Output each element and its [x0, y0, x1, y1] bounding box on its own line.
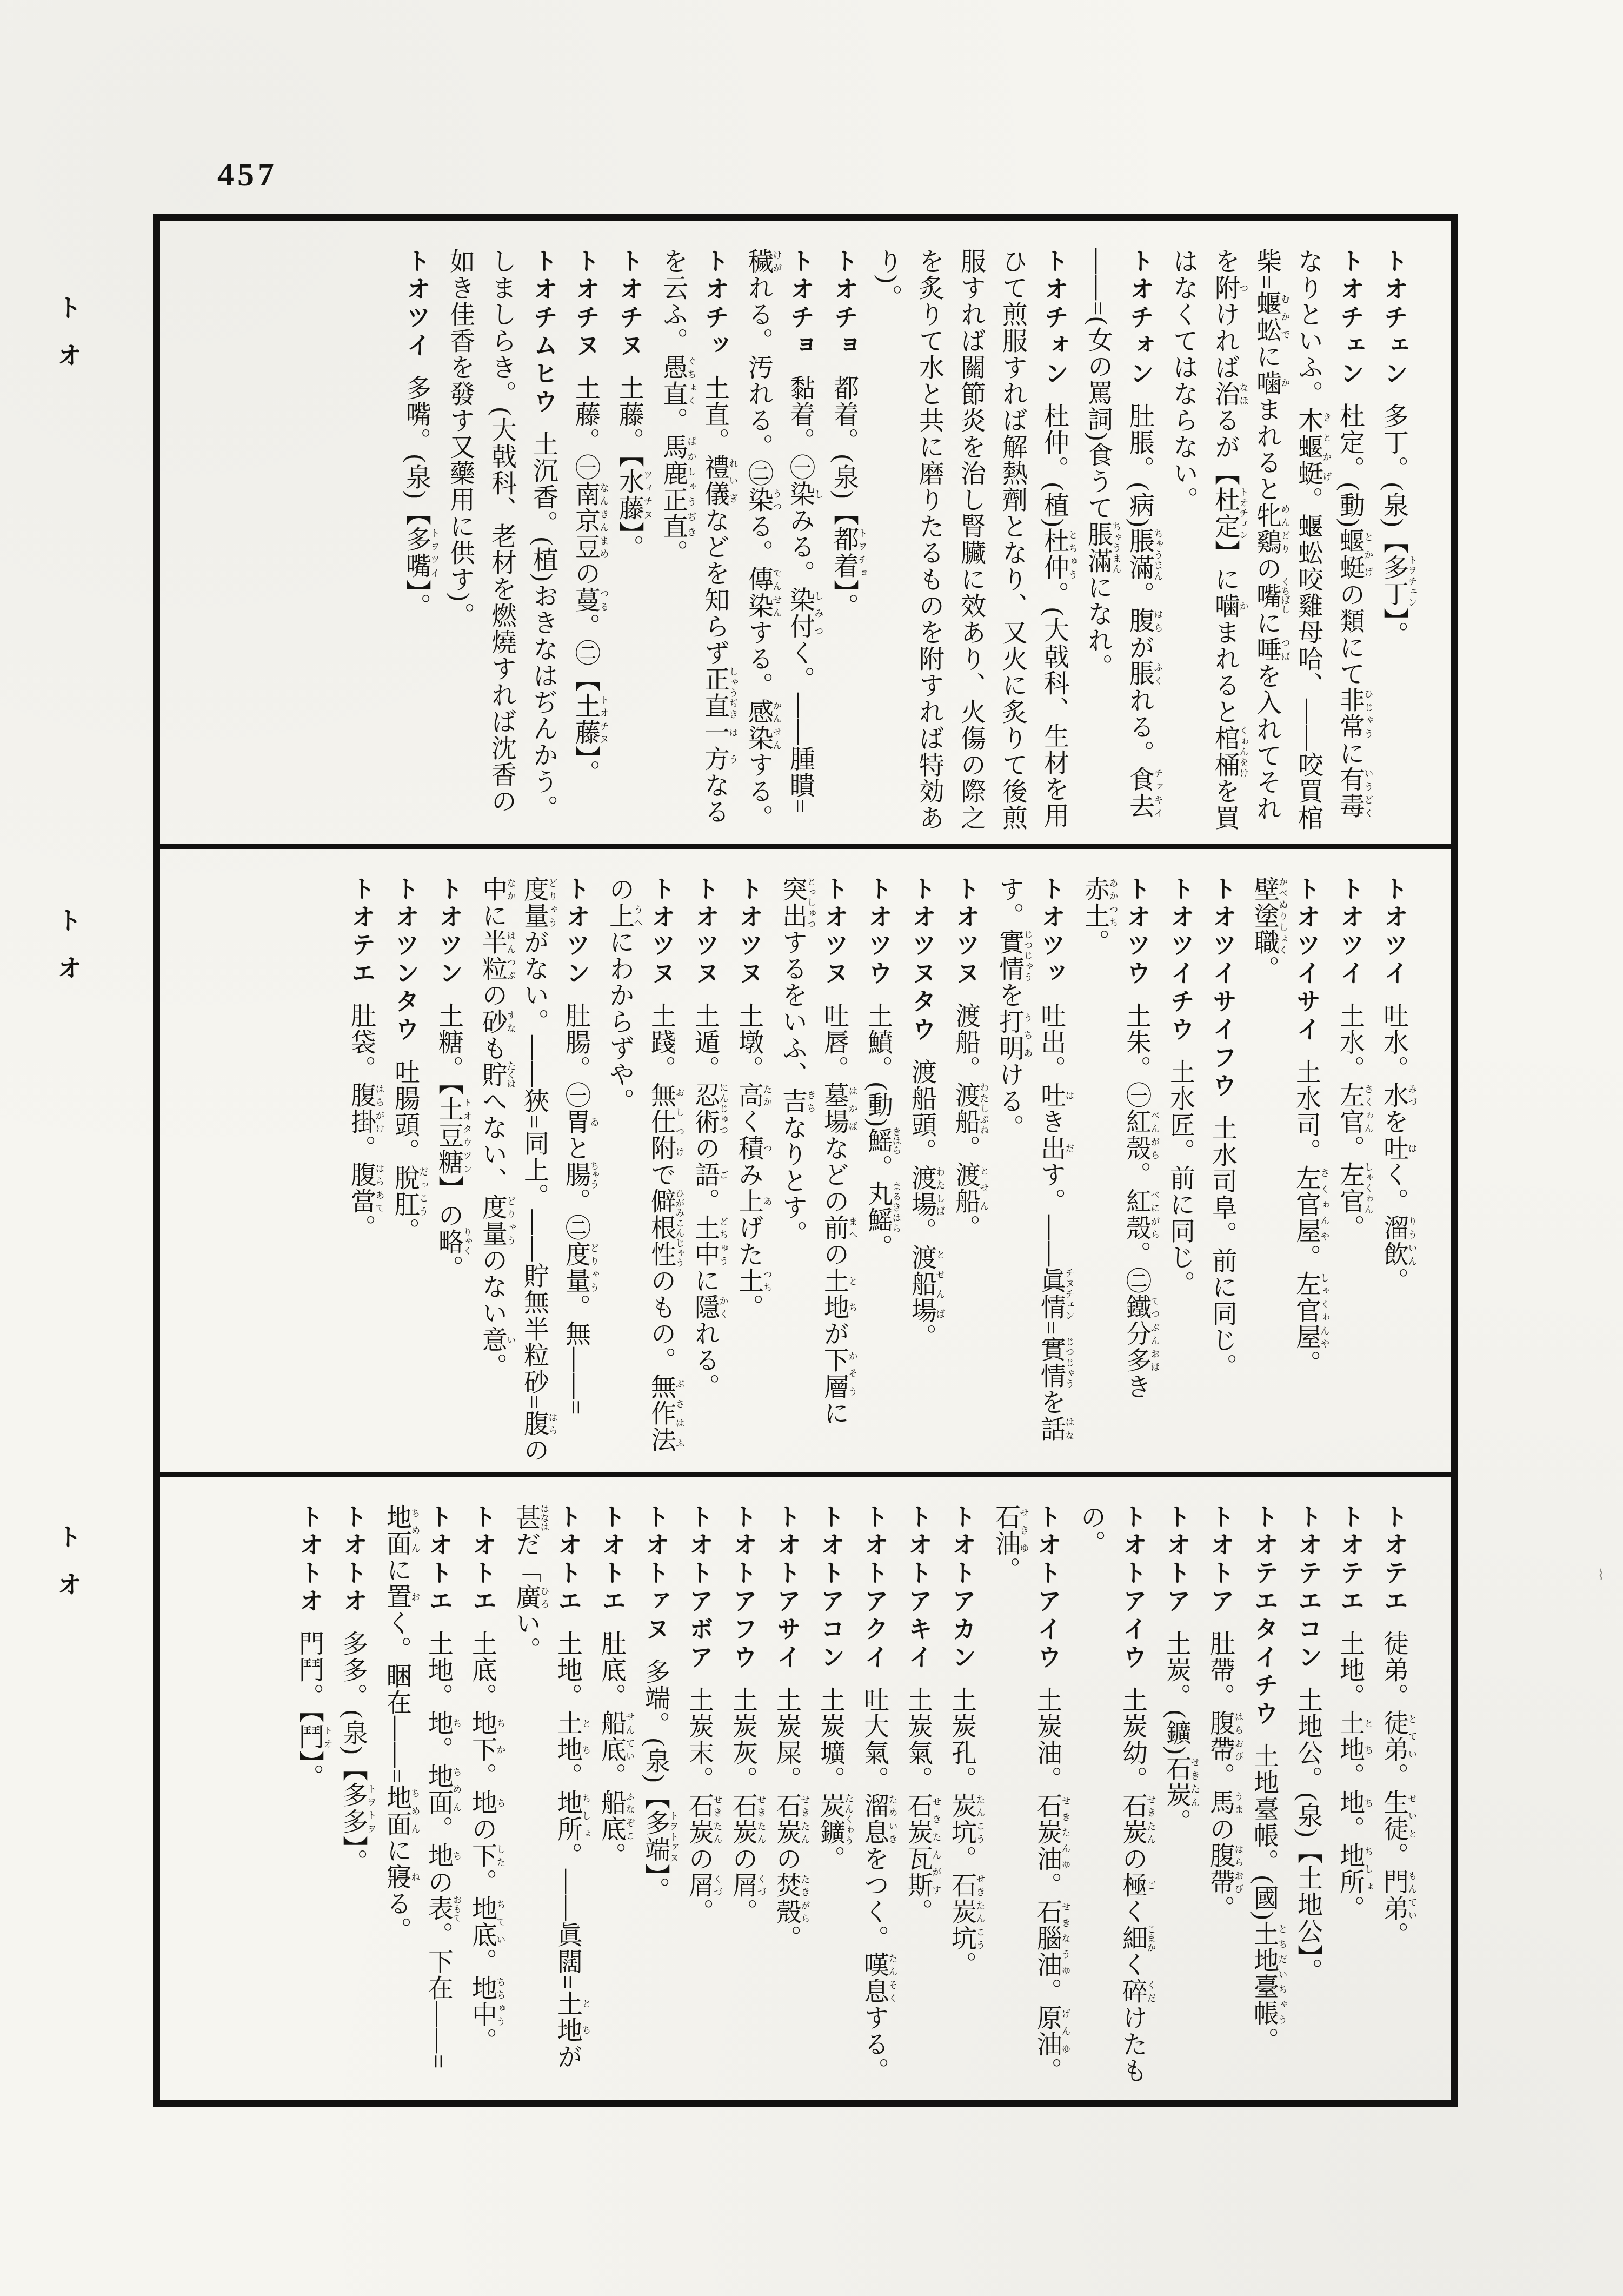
dictionary-entry: トオトオ多多。(泉)【多多トヲトヲ】。: [332, 1504, 376, 2092]
entry-headword: トオツイサイフウ: [1209, 876, 1236, 1101]
rule-divider: [160, 844, 1451, 849]
entry-headword: トオトアサイ: [773, 1504, 801, 1673]
dictionary-entry: トオツヌ土遁。忍術にんじゅつの語ご。土中どちゅうに隱かくれる。: [684, 876, 728, 1464]
entry-headword: トオトオ: [296, 1504, 323, 1616]
entry-headword: トオトアイウ: [1034, 1504, 1061, 1673]
dictionary-entry: トオトアサイ土炭屎。石炭せきたんの焚殼たきがら。: [766, 1504, 809, 2092]
entry-headword: トオトアコン: [817, 1504, 844, 1673]
dictionary-entry: トオトアイウ土炭油。石炭油せきたんゆ。石腦油せきなうゆ。原油げんゆ。石油せきゆ。: [985, 1504, 1070, 2092]
dictionary-entry: トオツンタウ吐腸頭。脫肛だっこう。: [384, 876, 428, 1464]
rule-divider: [160, 1472, 1451, 1477]
dictionary-entry: トオトア土炭。(鑛)石炭せきたん。: [1155, 1504, 1199, 2092]
entry-headword: トオチォン: [1126, 248, 1154, 389]
dictionary-entry: トオツヌタウ渡船頭。渡場わたしば。渡船場とせんば。: [901, 876, 944, 1464]
entry-headword: トオチェン: [1380, 248, 1408, 389]
entry-headword: トオチェン: [1336, 248, 1364, 389]
entry-body: 土遁。忍術にんじゅつの語ご。土中どちゅうに隱かくれる。: [691, 1003, 719, 1400]
entry-headword: トオテエタイチウ: [1250, 1504, 1278, 1729]
entry-headword: トオトアカン: [948, 1504, 976, 1673]
entry-headword: トオチッ: [701, 248, 729, 361]
dictionary-entry: トオチッ土直。禮儀れいぎなどを知らず正直しゃうぢき一方はうなるを云ふ。愚直ぐちょ…: [652, 248, 737, 837]
entry-headword: トオテエコン: [1294, 1504, 1322, 1673]
entry-body: 土炭孔。炭坑たんこう。石炭坑せきたんこう。: [948, 1687, 976, 1978]
entry-headword: トオトエ: [425, 1504, 453, 1616]
entry-headword: トオツン: [435, 876, 463, 988]
dictionary-entry: トオツヌ土踐。無仕附おしつけで僻根性ひがみこんじゃうのもの。無作法ぶさはふの上う…: [598, 876, 684, 1464]
page-number: 457: [217, 156, 277, 194]
entry-headword: トオツンタウ: [391, 876, 419, 1045]
dictionary-entry: トオトアボア土炭末。石炭せきたんの屑くづ。: [678, 1504, 722, 2092]
dictionary-entry: トオツイ多嘴。(泉)【多嘴トヲツイ】。: [395, 248, 439, 837]
entry-body: 多多。(泉)【多多トヲトヲ】。: [339, 1630, 367, 1875]
dictionary-entry: トオツイチウ土水匠。前に同じ。: [1159, 876, 1201, 1464]
dictionary-entry: トオトァヌ多端。(泉)【多端トヲトァヌ】。: [634, 1504, 678, 2092]
dictionary-entry: トオツン肚腸。㊀胃ゐと腸ちゃう。㊁度量どりゃう。無――=度量どりゃうがない。――…: [471, 876, 598, 1464]
margin-kana-label: トオ: [46, 295, 85, 390]
entry-body: 土炭。(鑛)石炭せきたん。: [1162, 1630, 1190, 1835]
entry-headword: トオチョ: [830, 248, 858, 361]
dictionary-entry: トオテエ土地。土地とち。地ち。地所ちしょ。: [1329, 1504, 1373, 2092]
entry-headword: トオツイ: [1336, 876, 1364, 988]
dictionary-entry: トオチェン杜定。(動)蝘蜓とかげの類にて非常ひじゃうに有毒いうどくなりといふ。木…: [1162, 248, 1373, 837]
dictionary-entry: トオチョ黏着。㊀染しみる。染付しみつく。――腫瞶=穢けがれる。汚れる。㊁染うつる…: [737, 248, 823, 837]
entry-headword: トオツイサイ: [1293, 876, 1320, 1045]
entry-body: 土炭氣。石炭瓦斯せきたんがす。: [904, 1687, 932, 1925]
entry-body: 門鬥。【鬥トオ】。: [295, 1630, 323, 1790]
entry-headword: トオトア: [1163, 1504, 1190, 1616]
dictionary-entry: トオトエ肚底。船底せんてい。船底ふなぞこ。: [590, 1504, 634, 2092]
entry-body: 土墩。高たかく積つみ上あげた土つち。: [735, 1003, 763, 1320]
dictionary-entry: トオテエタイチウ土地臺帳。(國)土地臺帳とちだいちゃう。: [1243, 1504, 1287, 2092]
dictionary-entry: トオツイサイ土水司。左官屋さくゎんや。左官屋しゃくゎんや。壁塗職かべぬりしょく。: [1243, 876, 1329, 1464]
dictionary-entry: トオトアフウ土炭灰。石炭せきたんの屑くづ。: [722, 1504, 766, 2092]
dictionary-entry: トオテエ肚袋。腹掛はらがけ。腹當はらあて。: [340, 876, 384, 1464]
entry-headword: トオツイ: [1380, 876, 1408, 988]
scanned-dictionary-page: 457 トオ トオ トオ トオチェン多丁。(泉)【多丁トヲチェン】。トオチェン杜…: [0, 0, 1623, 2296]
entry-headword: トオチョ: [787, 248, 814, 361]
dictionary-entry: トオツイサイフウ土水司阜。前に同じ。: [1201, 876, 1243, 1464]
dictionary-entry: トオテエ徒弟。徒弟とてい。生徒せいと。門弟もんてい。: [1373, 1504, 1416, 2092]
dictionary-entry: トオトアキイ土炭氣。石炭瓦斯せきたんがす。: [897, 1504, 941, 2092]
dictionary-entry: トオテエコン土地公。(泉)【土地公】。: [1287, 1504, 1329, 2092]
entry-headword: トオツイチウ: [1167, 876, 1194, 1045]
dictionary-entry: トオトアイウ土炭幼。石炭せきたんの極ごく細こまかく碎くだけたもの。: [1070, 1504, 1155, 2092]
dictionary-entry: トオチヌ土藤。【水藤ツィチヌ】。: [608, 248, 652, 837]
entry-body: 肚袋。腹掛はらがけ。腹當はらあて。: [347, 1003, 375, 1241]
entry-body: 土炭壙。炭鑛たんくゎう。: [816, 1687, 844, 1872]
dictionary-band-middle: トオツイ吐水。水みづを吐はく。溜飲りういん。トオツイ土水。左官さくゎん。左官しゃ…: [160, 849, 1451, 1472]
entry-body: 土糖。【土豆糖トオタウツン】の略りゃく。: [435, 1003, 463, 1282]
dictionary-entry: トオツン土糖。【土豆糖トオタウツン】の略りゃく。: [428, 876, 471, 1464]
entry-body: 多端。(泉)【多端トヲトァヌ】。: [641, 1658, 669, 1903]
entry-headword: トオツッ: [1037, 876, 1065, 988]
entry-body: 土水匠。前に同じ。: [1166, 1059, 1194, 1297]
dictionary-entry: トオトアクイ吐大氣。溜息ためいきをつく。嘆息たんそくする。: [853, 1504, 897, 2092]
entry-headword: トオツヌ: [691, 876, 719, 988]
entry-headword: トオトアキイ: [904, 1504, 932, 1673]
entry-body: 渡船頭。渡場わたしば。渡船場とせんば。: [908, 1059, 936, 1350]
entry-body: 土地公。(泉)【土地公】。: [1294, 1687, 1322, 1985]
content-frame: トオチェン多丁。(泉)【多丁トヲチェン】。トオチェン杜定。(動)蝘蜓とかげの類に…: [153, 214, 1458, 2107]
dictionary-entry: トオチォン杜仲。(植)杜仲とちゅう。(大戟科、生材を用ひて煎服すれば解熱劑となり…: [867, 248, 1077, 837]
margin-kana-label: トオ: [46, 1524, 85, 1619]
entry-body: 土藤。㊀南京豆なんきんまめの蔓つる。㊁【土藤トオチヌ】。: [571, 375, 600, 786]
entry-headword: トオチムヒウ: [530, 248, 557, 417]
entry-body: 多丁。(泉)【多丁トヲチェン】。: [1380, 403, 1408, 648]
entry-headword: トオトアイウ: [1119, 1504, 1147, 1673]
dictionary-entry: トオトオ門鬥。【鬥トオ】。: [288, 1504, 332, 2092]
dictionary-entry: トオトアカン土炭孔。炭坑たんこう。石炭坑せきたんこう。: [941, 1504, 985, 2092]
entry-body: 土水。左官さくゎん。左官しゃくゎん。: [1336, 1003, 1364, 1241]
entry-body: 徒弟。徒弟とてい。生徒せいと。門弟もんてい。: [1380, 1630, 1408, 1948]
entry-body: 土地臺帳。(國)土地臺帳とちだいちゃう。: [1250, 1743, 1278, 2053]
dictionary-entry: トオツヌ吐唇。墓場はかばなどの前まへの土地とちが下層かそうに突出とっしゅつするを…: [771, 876, 857, 1464]
entry-headword: トオツウ: [864, 876, 892, 988]
entry-body: 土藤。【水藤ツィチヌ】。: [615, 375, 643, 561]
dictionary-entry: トオツッ吐出。吐はき出だす。――眞情チヌチェン=實情じつじゃうを話はなす。實情じ…: [988, 876, 1074, 1464]
entry-body: 土底。地下ちか。地ちの下した。地底ちてい。地中ちちゅう。: [468, 1630, 496, 2054]
entry-headword: トオツヌ: [648, 876, 675, 988]
dictionary-entry: トオトエ土地。地ち。地面ちめん。地ちの表おもて。下在――=地面ちめんに置おく。睏…: [376, 1504, 461, 2092]
entry-headword: トオツヌタウ: [908, 876, 936, 1045]
entry-headword: トオトアフウ: [729, 1504, 757, 1673]
entry-headword: トオテエ: [1336, 1504, 1364, 1616]
entry-headword: トオトオ: [340, 1504, 367, 1616]
dictionary-entry: トオチムヒウ土沉香。(植)おきなはぢんかう。しましらき。(大戟科、老材を燃燒すれ…: [439, 248, 564, 837]
entry-headword: トオツヌ: [821, 876, 848, 988]
entry-body: 都着。(泉)【都着トヲチョ】。: [830, 375, 858, 620]
entry-body: 土水司阜。前に同じ。: [1208, 1115, 1236, 1380]
dictionary-entry: トオツイ吐水。水みづを吐はく。溜飲りういん。: [1373, 876, 1416, 1464]
dictionary-entry: トオトエ土地。土地とち。地所ちしょ。――眞闊=土地とちが甚はなはだ「廣ひろい。: [505, 1504, 590, 2092]
dictionary-entry: トオツウ土鱝。(動)鰩きはら。丸鰩まるきはら。: [857, 876, 901, 1464]
entry-headword: トオチォン: [1041, 248, 1068, 389]
entry-body: 肚底。船底せんてい。船底ふなぞこ。: [597, 1630, 626, 1869]
entry-body: 土鱝。(動)鰩きはら。丸鰩まるきはら。: [864, 1003, 892, 1260]
margin-kana-label: トオ: [46, 907, 85, 1003]
dictionary-band-bottom: トオテエ徒弟。徒弟とてい。生徒せいと。門弟もんてい。トオテエ土地。土地とち。地ち…: [160, 1477, 1451, 2100]
entry-headword: トオツウ: [1123, 876, 1150, 988]
entry-headword: トオテエ: [348, 876, 375, 988]
entry-body: 杜仲。(植)杜仲とちゅう。(大戟科、生材を用ひて煎服すれば解熱劑となり、又火に炙…: [874, 248, 1068, 831]
entry-headword: トオトエ: [469, 1504, 496, 1616]
scan-stray-mark: ⌇: [1593, 1567, 1609, 1583]
entry-body: 多嘴。(泉)【多嘴トヲツイ】。: [402, 375, 430, 620]
entry-body: 土炭末。石炭せきたんの屑くづ。: [685, 1687, 713, 1925]
entry-body: 土炭屎。石炭せきたんの焚殼たきがら。: [773, 1687, 801, 1952]
dictionary-entry: トオツイ土水。左官さくゎん。左官しゃくゎん。: [1329, 876, 1373, 1464]
entry-headword: トオツン: [562, 876, 590, 988]
dictionary-entry: トオトアコン土炭壙。炭鑛たんくゎう。: [809, 1504, 853, 2092]
entry-headword: トオトアクイ: [861, 1504, 888, 1673]
entry-body: 土炭灰。石炭せきたんの屑くづ。: [729, 1687, 757, 1925]
dictionary-entry: トオツヌ土墩。高たかく積つみ上あげた土つち。: [728, 876, 771, 1464]
entry-body: 土地。土地とち。地ち。地所ちしょ。: [1336, 1630, 1364, 1922]
entry-headword: トオツヌ: [735, 876, 763, 988]
entry-headword: トオツイ: [403, 248, 430, 361]
dictionary-entry: トオツウ土朱。㊀紅殼べんがら。紅殼べにがら。㊁鐵分多てつぶんおほき赤土あかつち。: [1074, 876, 1159, 1464]
entry-body: 肚帶。腹帶はらおび。馬うまの腹帶はらおび。: [1206, 1630, 1234, 1922]
entry-headword: トオツヌ: [952, 876, 980, 988]
entry-body: 渡船。渡船わたしぶね。渡船とせん。: [952, 1003, 980, 1241]
dictionary-entry: トオチェン多丁。(泉)【多丁トヲチェン】。: [1373, 248, 1416, 837]
dictionary-entry: トオチヌ土藤。㊀南京豆なんきんまめの蔓つる。㊁【土藤トオチヌ】。: [564, 248, 608, 837]
dictionary-entry: トオチョ都着。(泉)【都着トヲチョ】。: [823, 248, 867, 837]
entry-headword: トオトアボア: [686, 1504, 713, 1673]
dictionary-band-top: トオチェン多丁。(泉)【多丁トヲチェン】。トオチェン杜定。(動)蝘蜓とかげの類に…: [160, 221, 1451, 844]
entry-headword: トオトア: [1207, 1504, 1234, 1616]
dictionary-entry: トオツヌ渡船。渡船わたしぶね。渡船とせん。: [944, 876, 988, 1464]
entry-headword: トオテエ: [1380, 1504, 1408, 1616]
entry-headword: トオトエ: [598, 1504, 626, 1616]
entry-headword: トオチヌ: [572, 248, 600, 361]
entry-body: 吐腸頭。脫肛だっこう。: [391, 1059, 419, 1244]
entry-body: 杜定。(動)蝘蜓とかげの類にて非常ひじゃうに有毒いうどくなりといふ。木蝘蜓きとか…: [1169, 248, 1364, 831]
entry-headword: トオトァヌ: [642, 1504, 669, 1644]
entry-body: 吐大氣。溜息ためいきをつく。嘆息たんそくする。: [860, 1687, 888, 2084]
dictionary-entry: トオチォン肚脹。(病)脹滿ちゃうまん。腹はらが脹ふくれる。食去チァキイ――=(女…: [1077, 248, 1162, 837]
entry-headword: トオチヌ: [616, 248, 643, 361]
entry-body: 吐水。水みづを吐はく。溜飲りういん。: [1380, 1003, 1408, 1294]
entry-headword: トオトエ: [554, 1504, 582, 1616]
dictionary-entry: トオトエ土底。地下ちか。地ちの下した。地底ちてい。地中ちちゅう。: [461, 1504, 505, 2092]
dictionary-entry: トオトア肚帶。腹帶はらおび。馬うまの腹帶はらおび。: [1199, 1504, 1243, 2092]
